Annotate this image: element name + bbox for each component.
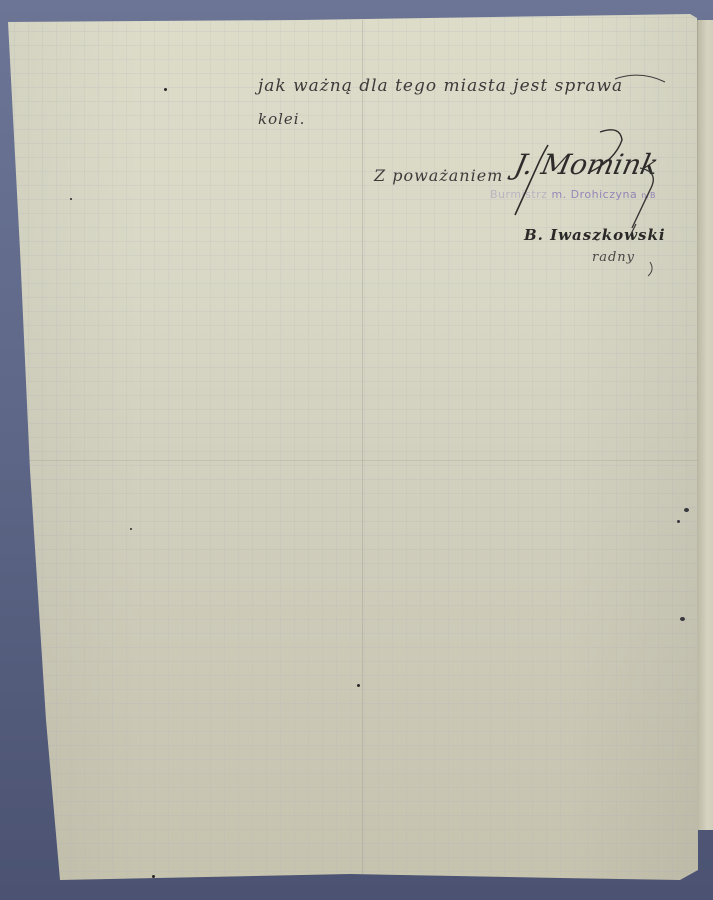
body-line-2: kolei. bbox=[258, 110, 305, 128]
stamp-title: Burmistrz bbox=[490, 188, 547, 201]
vertical-fold-line bbox=[362, 20, 363, 880]
councillor-title: radny bbox=[592, 250, 635, 265]
mayor-signature: J. Momink bbox=[511, 148, 661, 181]
binding-hole bbox=[677, 520, 680, 523]
signature-flourish-icon bbox=[0, 0, 713, 900]
official-stamp: Burmistrz m. Drohiczyna n/B bbox=[490, 188, 656, 201]
closing-salutation: Z poważaniem bbox=[374, 166, 503, 185]
ink-speck bbox=[357, 684, 360, 687]
stamp-town: m. Drohiczyna bbox=[551, 188, 637, 201]
binding-hole bbox=[680, 617, 685, 621]
letter-page: jak ważną dla tego miasta jest sprawa ko… bbox=[0, 0, 713, 900]
ink-speck bbox=[152, 875, 155, 878]
ink-speck bbox=[164, 88, 167, 91]
stamp-suffix: n/B bbox=[641, 191, 656, 200]
ink-speck bbox=[130, 528, 132, 530]
councillor-signature: B. Iwaszkowski bbox=[524, 226, 666, 244]
body-line-1: jak ważną dla tego miasta jest sprawa bbox=[258, 76, 623, 96]
binding-hole bbox=[684, 508, 689, 512]
document-scan: jak ważną dla tego miasta jest sprawa ko… bbox=[0, 0, 713, 900]
horizontal-fold-line bbox=[20, 460, 700, 461]
adjacent-page-edge bbox=[697, 20, 713, 830]
ink-speck bbox=[70, 198, 72, 200]
